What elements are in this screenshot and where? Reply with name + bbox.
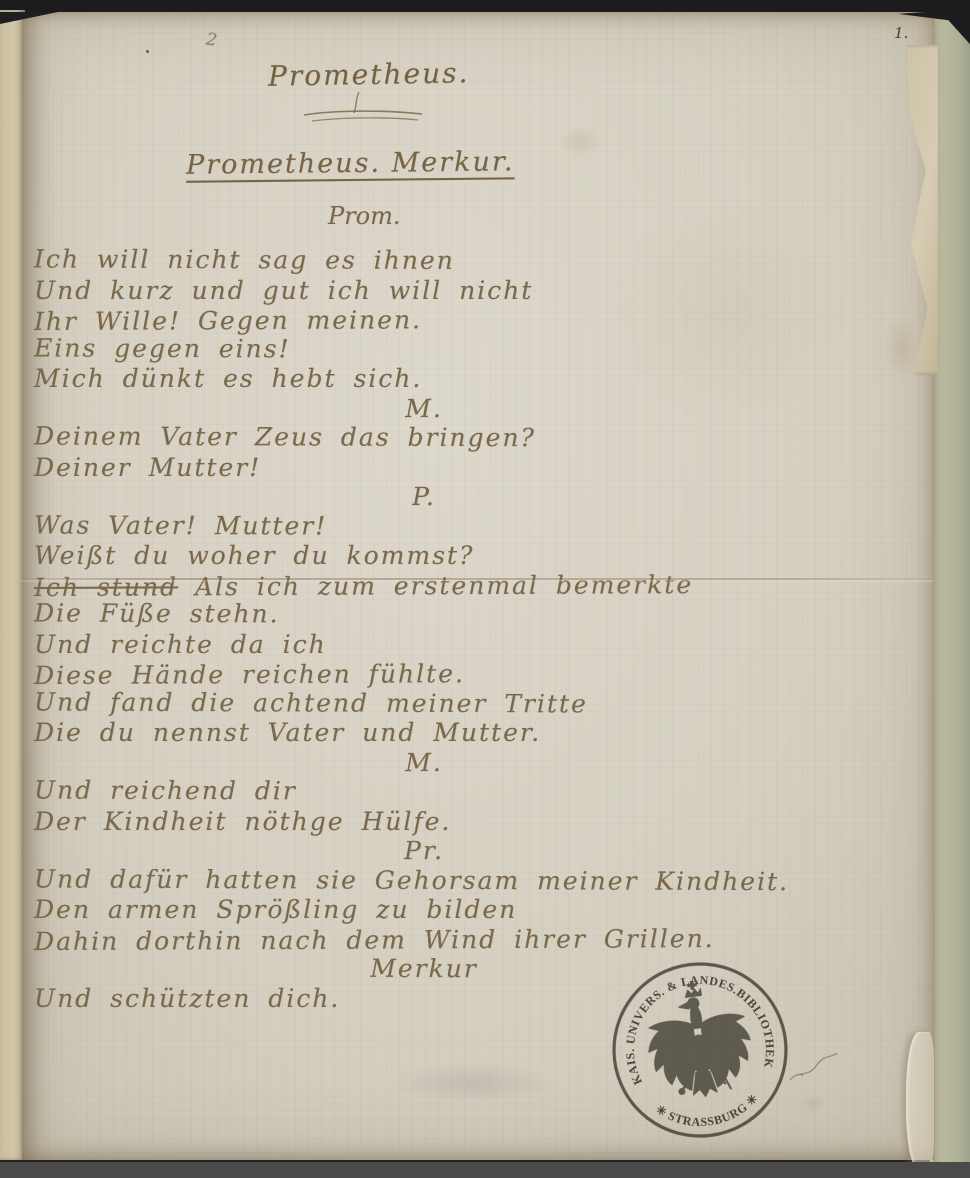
background-bottom-band	[0, 1162, 970, 1178]
manuscript-scan: 2 1. Prometheus. Prometheus. Merkur. Pro…	[0, 0, 970, 1178]
verse-line: Weißt du woher du kommst?	[34, 541, 930, 571]
page-edge-curl	[906, 1032, 934, 1170]
stray-ink-mark	[788, 1048, 840, 1090]
stamp-text-bottom: ✳ STRASSBURG ✳	[652, 1090, 763, 1135]
folio-number: 1.	[894, 24, 908, 42]
manuscript-page: 2 1. Prometheus. Prometheus. Merkur. Pro…	[22, 12, 935, 1160]
verse-line: Ich stund Als ich zum erstenmal bemerkte	[34, 569, 930, 602]
library-stamp: KAIS. UNIVERS. & LANDES.BIBLIOTHEK ✳ STR…	[600, 950, 801, 1151]
speaker-label: M.	[34, 392, 814, 425]
ink-speck	[146, 50, 149, 53]
verse-line: Und kurz und gut ich will nicht	[34, 276, 930, 306]
title-underline-flourish	[302, 108, 428, 126]
verse-line: Und fand die achtend meiner Tritte	[34, 687, 930, 720]
struck-text: Ich stund	[34, 572, 178, 602]
verse-line: Ihr Wille! Gegen meinen.	[34, 303, 930, 336]
verse-line: Die du nennst Vater und Mutter.	[34, 718, 930, 748]
manuscript-lines: Ich will nicht sag es ihnenUnd kurz und …	[34, 246, 930, 1013]
stain	[548, 120, 612, 164]
scene-heading: Prometheus. Merkur.	[186, 146, 515, 180]
speaker-label: P.	[34, 480, 814, 513]
verse-line: Diese Hände reichen fühlte.	[34, 657, 930, 690]
svg-text:✳ STRASSBURG ✳: ✳ STRASSBURG ✳	[652, 1090, 763, 1135]
verse-line: Der Kindheit nöthge Hülfe.	[34, 807, 930, 837]
verse-line: Und schützten dich.	[34, 984, 930, 1014]
verse-line: Die Füße stehn.	[34, 598, 930, 631]
verse-line: Deinem Vater Zeus das bringen?	[34, 421, 930, 454]
verse-line: Und reichend dir	[34, 775, 930, 808]
speaker-label: Pr.	[34, 834, 814, 867]
page-title: Prometheus.	[268, 56, 470, 93]
graphite-smudge	[358, 1056, 588, 1110]
verse-line: Und dafür hatten sie Gehorsam meiner Kin…	[34, 864, 930, 897]
speaker-label: M.	[34, 746, 814, 779]
verse-line: Ich will nicht sag es ihnen	[34, 244, 930, 277]
verse-line: Deiner Mutter!	[34, 453, 930, 483]
verse-line: Und reichte da ich	[34, 630, 930, 660]
stain	[796, 1090, 830, 1116]
verse-line: Eins gegen eins!	[34, 333, 930, 366]
verse-line: Was Vater! Mutter!	[34, 510, 930, 543]
speaker-label: Prom.	[328, 202, 400, 230]
pencil-numbering: 2	[205, 29, 219, 50]
verse-line: Den armen Sprößling zu bilden	[34, 895, 930, 925]
verse-line: Mich dünkt es hebt sich.	[34, 364, 930, 394]
verse-line: Dahin dorthin nach dem Wind ihrer Grille…	[34, 923, 930, 956]
